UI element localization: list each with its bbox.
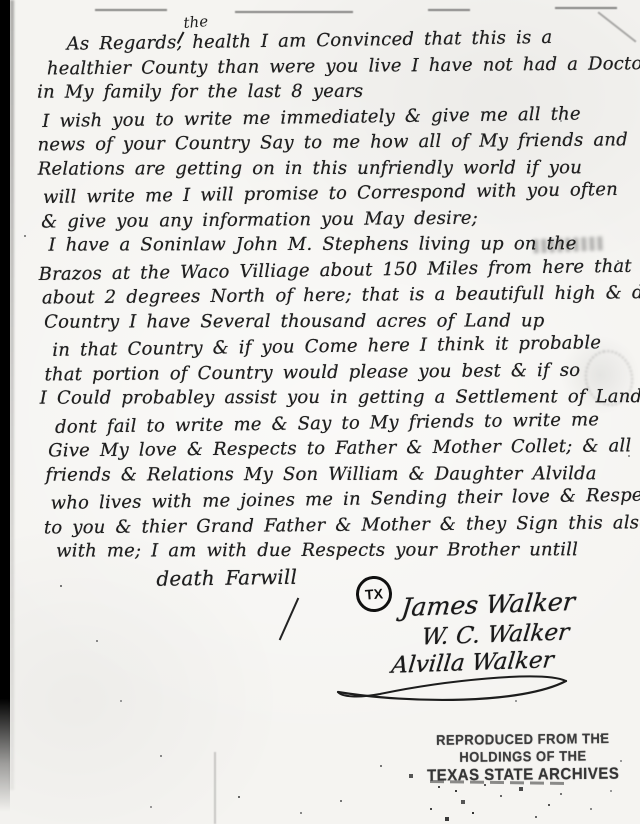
paper-crease	[214, 752, 216, 824]
letter-line: with me; I am with due Respects your Bro…	[56, 537, 632, 564]
scan-edge-band	[0, 0, 10, 812]
signature-flourish	[332, 668, 576, 710]
archive-stamp-line: TEXAS STATE ARCHIVES	[408, 764, 638, 786]
scanned-letter-page: the As Regards, health I am Convinced th…	[0, 0, 640, 824]
scan-artifact-dash	[555, 7, 617, 9]
archive-stamp: REPRODUCED FROM THE HOLDINGS OF THE TEXA…	[408, 730, 639, 786]
signature: James Walker	[400, 587, 576, 622]
letter-lines: As Regards, health I am Convinced that t…	[12, 25, 633, 591]
scan-noise-speckles	[0, 0, 2, 2]
archive-stamp-line: REPRODUCED FROM THE	[408, 730, 638, 750]
scan-artifact-dash	[428, 9, 470, 11]
stray-pen-mark	[279, 598, 300, 641]
scan-artifact-dash	[235, 11, 353, 13]
signature: W. C. Walker	[420, 619, 570, 650]
letter-body: the As Regards, health I am Convinced th…	[12, 25, 633, 591]
scan-artifact-dash	[95, 9, 167, 11]
